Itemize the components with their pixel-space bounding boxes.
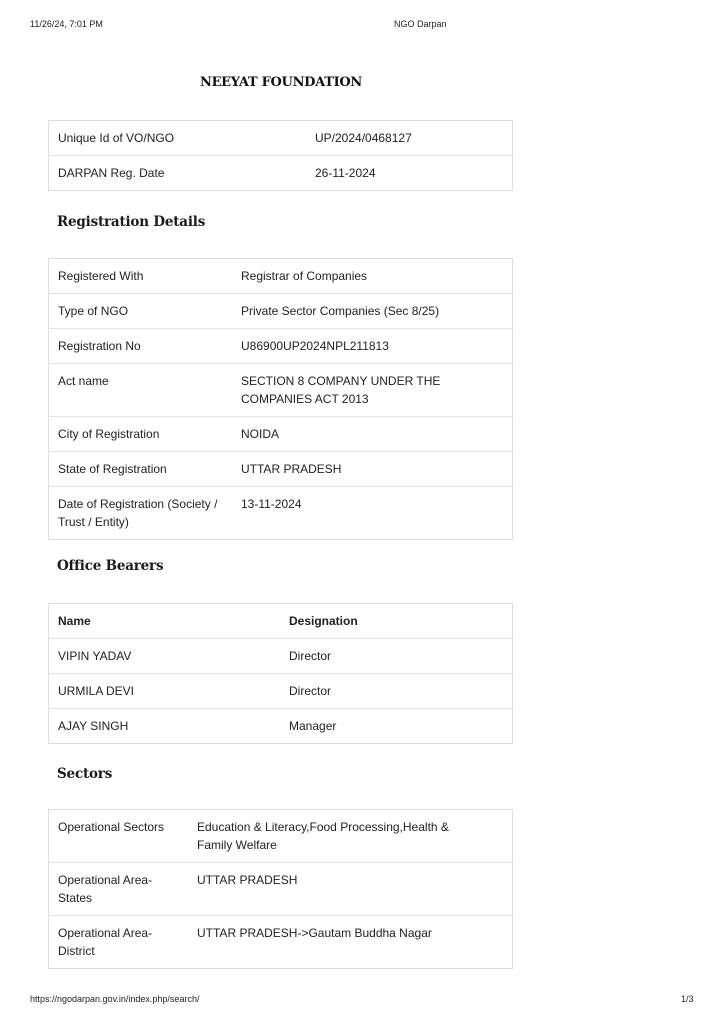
organization-title: NEEYAT FOUNDATION bbox=[0, 75, 562, 90]
sector-label: Operational Area-States bbox=[49, 863, 189, 916]
print-url: https://ngodarpan.gov.in/index.php/searc… bbox=[30, 994, 199, 1004]
table-row: Operational Area-States UTTAR PRADESH bbox=[49, 863, 513, 916]
table-row: VIPIN YADAV Director bbox=[49, 639, 513, 674]
registration-label: Type of NGO bbox=[49, 294, 233, 329]
registration-value: NOIDA bbox=[232, 417, 513, 452]
sector-value: UTTAR PRADESH->Gautam Buddha Nagar bbox=[188, 916, 513, 969]
table-row: AJAY SINGH Manager bbox=[49, 709, 513, 744]
summary-table: Unique Id of VO/NGO UP/2024/0468127 DARP… bbox=[48, 120, 513, 191]
print-page-title: NGO Darpan bbox=[394, 19, 447, 29]
table-row: Registered With Registrar of Companies bbox=[49, 259, 513, 294]
registration-label: Date of Registration (Society / Trust / … bbox=[49, 487, 233, 540]
bearer-designation: Director bbox=[280, 639, 513, 674]
table-row: Type of NGO Private Sector Companies (Se… bbox=[49, 294, 513, 329]
registration-value: UTTAR PRADESH bbox=[232, 452, 513, 487]
sector-value: UTTAR PRADESH bbox=[188, 863, 513, 916]
summary-value: 26-11-2024 bbox=[306, 156, 513, 191]
office-bearers-table: Name Designation VIPIN YADAV Director UR… bbox=[48, 603, 513, 744]
column-header-name: Name bbox=[49, 604, 281, 639]
sector-value: Education & Literacy,Food Processing,Hea… bbox=[188, 810, 513, 863]
bearer-name: AJAY SINGH bbox=[49, 709, 281, 744]
table-row: Operational Sectors Education & Literacy… bbox=[49, 810, 513, 863]
registration-value: Registrar of Companies bbox=[232, 259, 513, 294]
registration-label: Act name bbox=[49, 364, 233, 417]
column-header-designation: Designation bbox=[280, 604, 513, 639]
bearer-name: VIPIN YADAV bbox=[49, 639, 281, 674]
registration-label: State of Registration bbox=[49, 452, 233, 487]
registration-value: 13-11-2024 bbox=[232, 487, 513, 540]
print-datetime: 11/26/24, 7:01 PM bbox=[30, 19, 103, 29]
table-header-row: Name Designation bbox=[49, 604, 513, 639]
sector-label: Operational Sectors bbox=[49, 810, 189, 863]
table-row: City of Registration NOIDA bbox=[49, 417, 513, 452]
registration-value: U86900UP2024NPL211813 bbox=[232, 329, 513, 364]
sectors-table: Operational Sectors Education & Literacy… bbox=[48, 809, 513, 969]
table-row: Operational Area-District UTTAR PRADESH-… bbox=[49, 916, 513, 969]
bearer-designation: Manager bbox=[280, 709, 513, 744]
summary-label: Unique Id of VO/NGO bbox=[49, 121, 307, 156]
registration-value: SECTION 8 COMPANY UNDER THE COMPANIES AC… bbox=[232, 364, 513, 417]
registration-label: Registration No bbox=[49, 329, 233, 364]
registration-label: Registered With bbox=[49, 259, 233, 294]
sector-label: Operational Area-District bbox=[49, 916, 189, 969]
registration-table: Registered With Registrar of Companies T… bbox=[48, 258, 513, 540]
registration-heading: Registration Details bbox=[57, 214, 205, 230]
sectors-heading: Sectors bbox=[57, 766, 112, 782]
registration-label: City of Registration bbox=[49, 417, 233, 452]
summary-value: UP/2024/0468127 bbox=[306, 121, 513, 156]
bearer-designation: Director bbox=[280, 674, 513, 709]
table-row: Registration No U86900UP2024NPL211813 bbox=[49, 329, 513, 364]
print-page-number: 1/3 bbox=[681, 994, 694, 1004]
table-row: State of Registration UTTAR PRADESH bbox=[49, 452, 513, 487]
bearer-name: URMILA DEVI bbox=[49, 674, 281, 709]
table-row: Date of Registration (Society / Trust / … bbox=[49, 487, 513, 540]
table-row: URMILA DEVI Director bbox=[49, 674, 513, 709]
table-row: Unique Id of VO/NGO UP/2024/0468127 bbox=[49, 121, 513, 156]
registration-value: Private Sector Companies (Sec 8/25) bbox=[232, 294, 513, 329]
table-row: DARPAN Reg. Date 26-11-2024 bbox=[49, 156, 513, 191]
office-bearers-heading: Office Bearers bbox=[57, 558, 163, 574]
table-row: Act name SECTION 8 COMPANY UNDER THE COM… bbox=[49, 364, 513, 417]
summary-label: DARPAN Reg. Date bbox=[49, 156, 307, 191]
